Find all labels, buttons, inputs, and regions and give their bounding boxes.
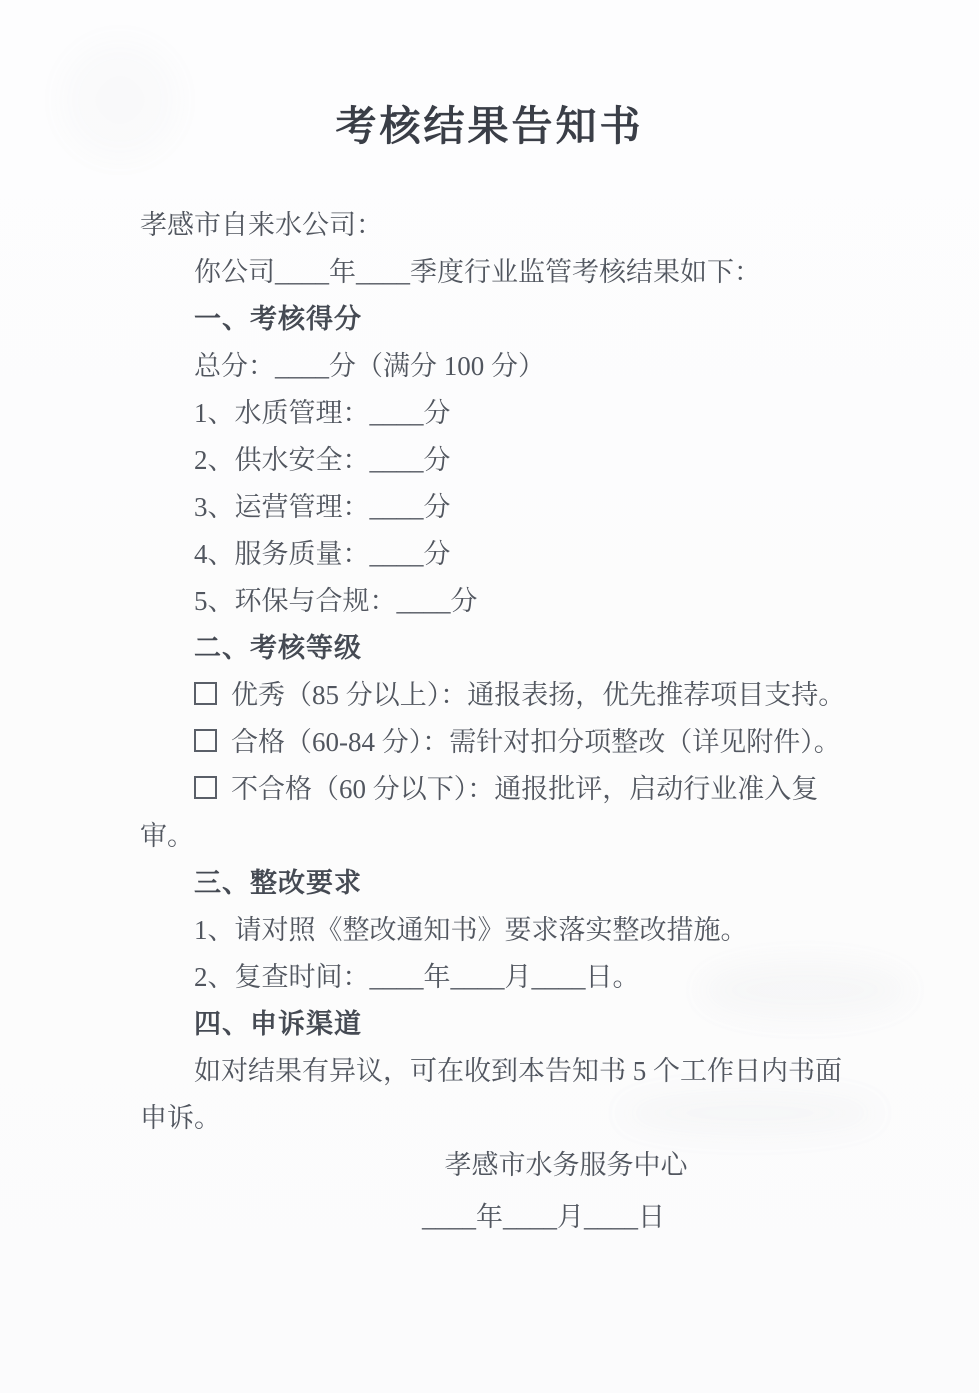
intro-line: 你公司____年____季度行业监管考核结果如下： <box>140 249 854 296</box>
document-body: 孝感市自来水公司： 你公司____年____季度行业监管考核结果如下： 一、考核… <box>140 202 854 1241</box>
checkbox-icon <box>194 682 217 705</box>
total-score-line: 总分：____分（满分 100 分） <box>140 343 854 390</box>
signature-block: 孝感市水务服务中心 ____年____月____日 <box>396 1142 736 1241</box>
score-item-operations: 3、运营管理：____分 <box>140 484 854 531</box>
grade-option-qualified: 合格（60-84 分）：需针对扣分项整改（详见附件）。 <box>140 719 854 766</box>
score-item-service-quality: 4、服务质量：____分 <box>140 531 854 578</box>
signature-org: 孝感市水务服务中心 <box>396 1142 736 1189</box>
recipient-line: 孝感市自来水公司： <box>140 202 854 249</box>
rectification-item-measures: 1、请对照《整改通知书》要求落实整改措施。 <box>140 907 854 954</box>
grade-option-label: 不合格（60 分以下）：通报批评，启动行业准入复审。 <box>140 774 818 851</box>
rectification-item-review-date: 2、复查时间：____年____月____日。 <box>140 954 854 1001</box>
score-item-supply-safety: 2、供水安全：____分 <box>140 437 854 484</box>
checkbox-icon <box>194 776 217 799</box>
document-title: 考核结果告知书 <box>0 0 979 152</box>
checkbox-icon <box>194 729 217 752</box>
appeal-text: 如对结果有异议，可在收到本告知书 5 个工作日内书面申诉。 <box>140 1048 854 1142</box>
grade-option-excellent: 优秀（85 分以上）：通报表扬，优先推荐项目支持。 <box>140 672 854 719</box>
score-item-water-quality: 1、水质管理：____分 <box>140 390 854 437</box>
grade-option-unqualified: 不合格（60 分以下）：通报批评，启动行业准入复审。 <box>140 766 854 860</box>
grade-option-label: 优秀（85 分以上）：通报表扬，优先推荐项目支持。 <box>231 680 845 710</box>
scanned-document-page: 考核结果告知书 孝感市自来水公司： 你公司____年____季度行业监管考核结果… <box>0 0 979 1393</box>
signature-date: ____年____月____日 <box>396 1194 691 1241</box>
section-heading-rectification: 三、整改要求 <box>140 860 854 907</box>
section-heading-score: 一、考核得分 <box>140 296 854 343</box>
section-heading-appeal: 四、申诉渠道 <box>140 1001 854 1048</box>
grade-option-label: 合格（60-84 分）：需针对扣分项整改（详见附件）。 <box>231 727 841 757</box>
score-item-compliance: 5、环保与合规：____分 <box>140 578 854 625</box>
section-heading-grade: 二、考核等级 <box>140 625 854 672</box>
